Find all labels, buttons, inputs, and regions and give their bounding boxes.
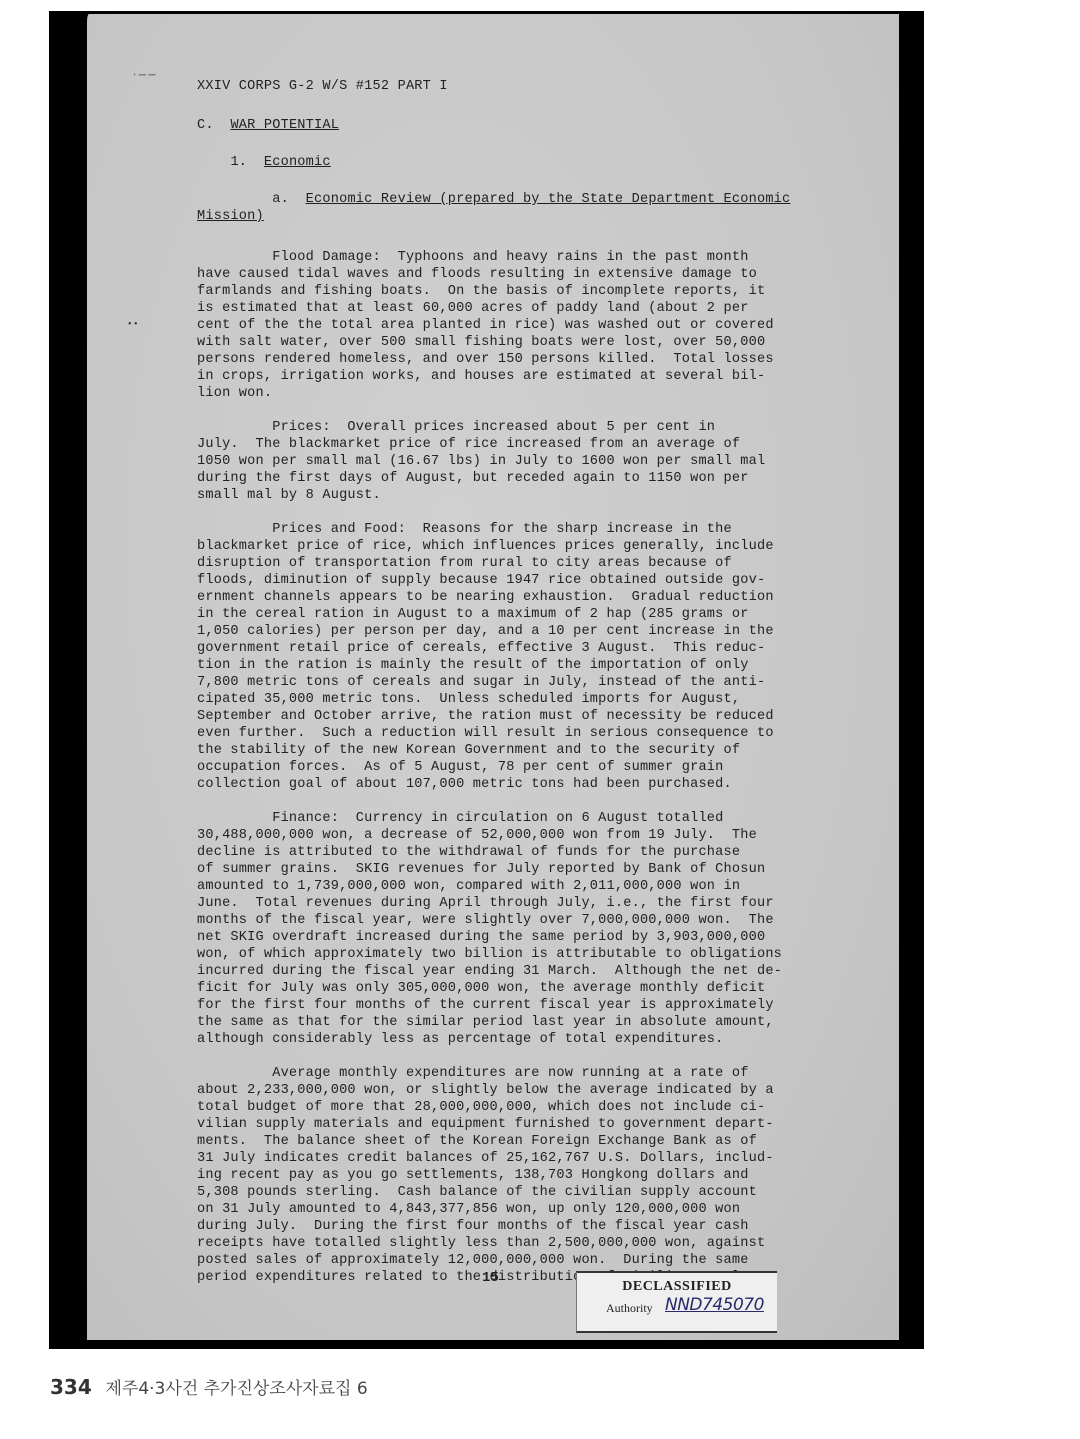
declassified-stamp: DECLASSIFIED Authority NND745070 <box>576 1271 777 1333</box>
paragraph-flood-damage: Flood Damage: Typhoons and heavy rains i… <box>197 249 797 402</box>
document-body: XXIV CORPS G-2 W/S #152 PART I C. WAR PO… <box>197 78 797 1303</box>
paragraph-finance: Finance: Currency in circulation on 6 Au… <box>197 810 797 1048</box>
subsection-heading: 1. Economic <box>197 154 797 171</box>
book-title: 제주4·3사건 추가진상조사자료집 6 <box>105 1379 367 1399</box>
book-page-number: 334 <box>50 1375 92 1399</box>
document-page: · ─ ─ • • XXIV CORPS G-2 W/S #152 PART I… <box>87 14 899 1340</box>
document-page-number: 15 <box>482 1270 499 1286</box>
stamp-title: DECLASSIFIED <box>577 1279 777 1295</box>
book-footer: 334 제주4·3사건 추가진상조사자료집 6 <box>50 1374 368 1399</box>
paragraph-prices-and-food: Prices and Food: Reasons for the sharp i… <box>197 521 797 793</box>
scan-frame: · ─ ─ • • XXIV CORPS G-2 W/S #152 PART I… <box>49 11 924 1349</box>
stray-marks: · ─ ─ <box>133 70 156 81</box>
stamp-authority-value: NND745070 <box>665 1295 764 1315</box>
item-heading: a. Economic Review (prepared by the Stat… <box>197 191 797 225</box>
stray-marks: • • <box>128 319 138 330</box>
stamp-authority-label: Authority <box>606 1301 653 1316</box>
section-heading: C. WAR POTENTIAL <box>197 117 797 134</box>
paragraph-prices: Prices: Overall prices increased about 5… <box>197 419 797 504</box>
document-header: XXIV CORPS G-2 W/S #152 PART I <box>197 78 797 95</box>
paragraph-expenditures: Average monthly expenditures are now run… <box>197 1065 797 1286</box>
